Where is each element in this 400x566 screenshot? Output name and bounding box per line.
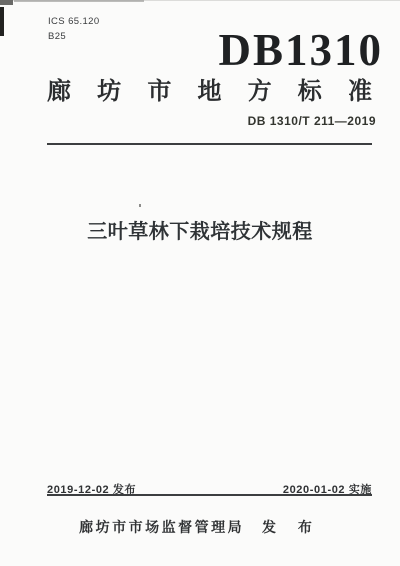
scan-artifact-top-smudge bbox=[14, 0, 144, 2]
standard-cover-page: ICS 65.120 B25 DB1310 廊坊市地方标准 DB 1310/T … bbox=[0, 0, 400, 566]
scan-artifact-speck bbox=[139, 204, 141, 207]
footer-rule bbox=[47, 494, 372, 496]
scan-artifact-top-line bbox=[0, 0, 400, 1]
publisher-line: 廊坊市市场监督管理局 发 布 bbox=[0, 517, 400, 537]
classification-code: B25 bbox=[48, 30, 66, 44]
standard-type-title: 廊坊市地方标准 bbox=[47, 78, 372, 106]
ics-code: ICS 65.120 bbox=[48, 15, 100, 29]
standard-number: DB 1310/T 211—2019 bbox=[248, 114, 376, 128]
scan-artifact-corner bbox=[0, 0, 13, 5]
header-rule bbox=[47, 143, 372, 145]
publish-action: 发 布 bbox=[262, 519, 321, 535]
standard-logo: DB1310 bbox=[218, 28, 383, 72]
document-title: 三叶草林下栽培技术规程 bbox=[0, 215, 400, 244]
publisher-name: 廊坊市市场监督管理局 bbox=[79, 519, 244, 535]
scan-artifact-left-strip bbox=[0, 7, 4, 36]
